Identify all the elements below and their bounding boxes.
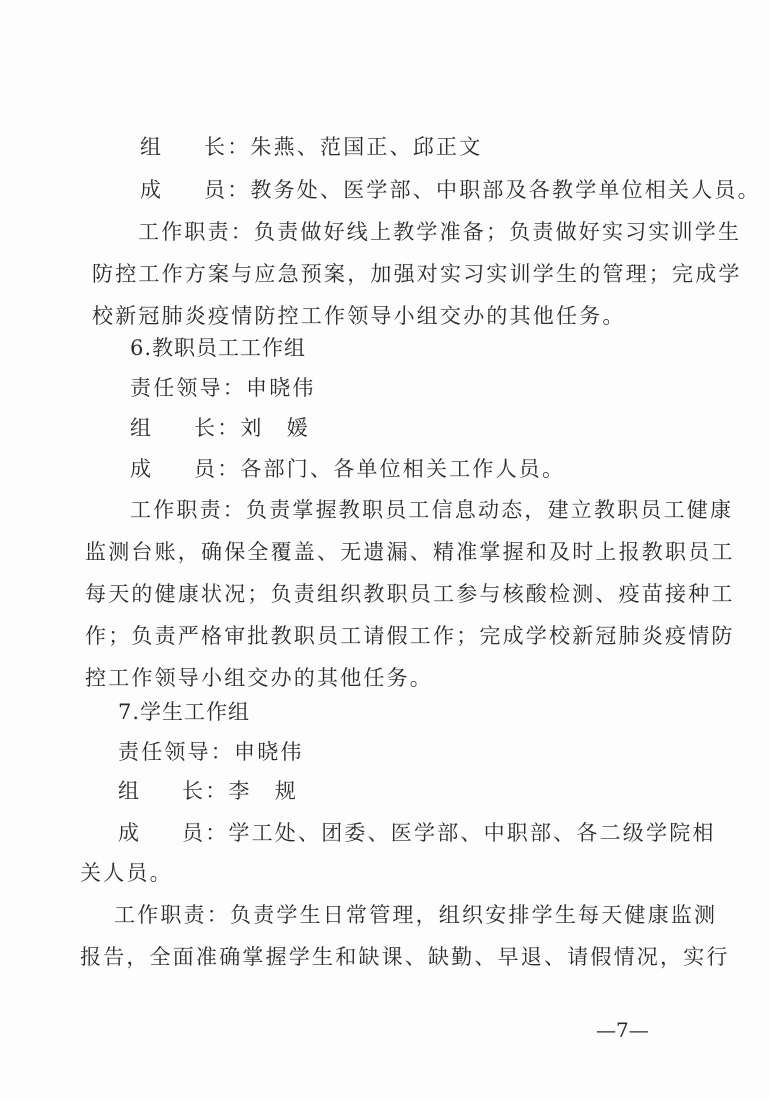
group6-duties-line: 每天的健康状况；负责组织教职员工参与核酸检测、疫苗接种工: [85, 579, 735, 609]
group7-members-line: 关人员。: [80, 858, 173, 888]
group6-leader-line: 组长：刘 媛: [130, 413, 310, 443]
group6-leader-value: 刘 媛: [240, 416, 310, 440]
group7-leader-value: 李 规: [228, 779, 298, 803]
group6-duties-line: 控工作领导小组交办的其他任务。: [85, 663, 433, 693]
label-part: 成: [130, 454, 194, 484]
group7-responsible-leader: 责任领导：申晓伟: [118, 737, 304, 767]
label-part: 员：: [194, 457, 240, 481]
label-part: 长：: [194, 416, 240, 440]
group6-members-value: 各部门、各单位相关工作人员。: [240, 457, 565, 481]
group5-members-value: 教务处、医学部、中职部及各教学单位相关人员。: [250, 178, 760, 202]
label-part: 组: [140, 132, 204, 162]
label-part: 员：: [182, 821, 228, 845]
label-part: 成: [118, 818, 182, 848]
group5-duties-line: 工作职责：负责做好线上教学准备；负责做好实习实训学生: [138, 217, 741, 247]
group5-duties-line: 校新冠肺炎疫情防控工作领导小组交办的其他任务。: [92, 301, 626, 331]
group6-duties-line: 监测台账，确保全覆盖、无遗漏、精准掌握和及时上报教职员工: [85, 537, 735, 567]
group7-heading: 7.学生工作组: [118, 697, 250, 727]
group6-duties-line: 作；负责严格审批教职员工请假工作；完成学校新冠肺炎疫情防: [85, 621, 735, 651]
group7-members-value: 学工处、团委、医学部、中职部、各二级学院相: [228, 821, 715, 845]
group6-responsible-leader: 责任领导：申晓伟: [130, 373, 316, 403]
label-part: 组: [130, 413, 194, 443]
label-part: 员：: [204, 178, 250, 202]
label-part: 组: [118, 776, 182, 806]
page-number: —7—: [596, 1018, 649, 1042]
group5-leader-line: 组长：朱燕、范国正、邱正文: [140, 132, 482, 162]
group6-members-line: 成员：各部门、各单位相关工作人员。: [130, 454, 565, 484]
group6-heading: 6.教职员工工作组: [130, 333, 306, 363]
group7-duties-line: 工作职责：负责学生日常管理，组织安排学生每天健康监测: [114, 900, 717, 930]
group5-leader-value: 朱燕、范国正、邱正文: [250, 135, 482, 159]
group7-duties-line: 报告，全面准确掌握学生和缺课、缺勤、早退、请假情况，实行: [80, 942, 730, 972]
group5-members-line: 成员：教务处、医学部、中职部及各教学单位相关人员。: [140, 175, 761, 205]
group7-leader-line: 组长：李 规: [118, 776, 298, 806]
group7-members-line: 成员：学工处、团委、医学部、中职部、各二级学院相: [118, 818, 716, 848]
label-part: 长：: [204, 135, 250, 159]
group6-duties-line: 工作职责：负责掌握教职员工信息动态，建立教职员工健康: [130, 495, 733, 525]
group5-duties-line: 防控工作方案与应急预案，加强对实习实训学生的管理；完成学: [92, 259, 742, 289]
document-page: 组长：朱燕、范国正、邱正文 成员：教务处、医学部、中职部及各教学单位相关人员。 …: [0, 0, 770, 1099]
label-part: 长：: [182, 779, 228, 803]
label-part: 成: [140, 175, 204, 205]
